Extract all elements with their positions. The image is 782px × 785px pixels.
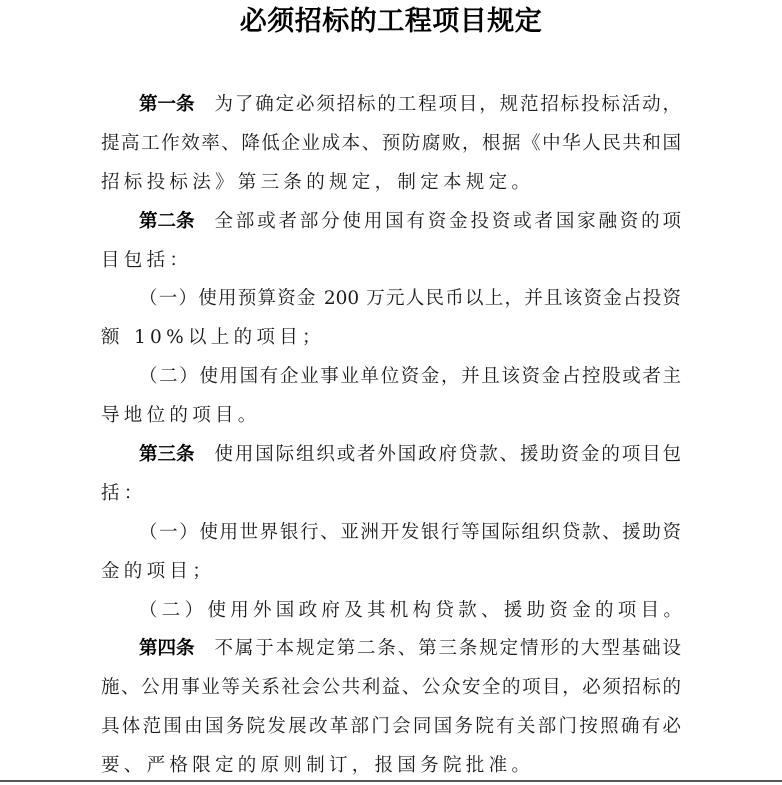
article-2-item-2-line-1: （二）使用国有企业事业单位资金，并且该资金占控股或者主 <box>101 358 681 397</box>
article-2-line-2: 目包括： <box>101 242 681 281</box>
article-2-label: 第二条 <box>139 203 195 242</box>
article-1-line-3: 招标投标法》第三条的规定，制定本规定。 <box>101 164 681 203</box>
article-4-label: 第四条 <box>139 630 195 669</box>
article-3-item-2-text: （二）使用外国政府及其机构贷款、援助资金的项目。 <box>139 592 686 631</box>
article-1-label: 第一条 <box>139 86 195 125</box>
article-3-line-1: 第三条 使用国际组织或者外国政府贷款、援助资金的项目包 <box>101 436 681 475</box>
article-2-item-1-line-1: （一）使用预算资金 200 万元人民币以上，并且该资金占投资 <box>101 280 681 319</box>
article-3-label: 第三条 <box>139 436 195 475</box>
article-3-item-2-line-1: （二）使用外国政府及其机构贷款、援助资金的项目。 <box>101 592 681 631</box>
article-2-item-2-text: （二）使用国有企业事业单位资金，并且该资金占控股或者主 <box>139 358 681 397</box>
article-2-text: 全部或者部分使用国有资金投资或者国家融资的项 <box>215 203 681 242</box>
article-1-line-2: 提高工作效率、降低企业成本、预防腐败，根据《中华人民共和国 <box>101 125 681 164</box>
article-4-text: 施、公用事业等关系社会公共利益、公众安全的项目，必须招标的 <box>101 669 681 708</box>
article-3-item-1-text: （一）使用世界银行、亚洲开发银行等国际组织贷款、援助资 <box>139 514 681 553</box>
article-1-text: 为了确定必须招标的工程项目，规范招标投标活动， <box>215 86 681 125</box>
article-3-item-1-line-1: （一）使用世界银行、亚洲开发银行等国际组织贷款、援助资 <box>101 514 681 553</box>
article-3-item-1-line-2: 金的项目； <box>101 553 681 592</box>
article-4-text: 不属于本规定第二条、第三条规定情形的大型基础设 <box>215 630 681 669</box>
article-4-line-2: 施、公用事业等关系社会公共利益、公众安全的项目，必须招标的 <box>101 669 681 708</box>
article-1-line-1: 第一条 为了确定必须招标的工程项目，规范招标投标活动， <box>101 86 681 125</box>
article-1-text: 提高工作效率、降低企业成本、预防腐败，根据《中华人民共和国 <box>101 125 681 164</box>
document-body: 第一条 为了确定必须招标的工程项目，规范招标投标活动， 提高工作效率、降低企业成… <box>101 86 681 785</box>
article-4-text: 具体范围由国务院发展改革部门会同国务院有关部门按照确有必 <box>101 708 681 747</box>
document-title: 必须招标的工程项目规定 <box>0 3 782 41</box>
article-3-item-1-text: 金的项目； <box>101 553 681 592</box>
article-2-item-2-line-2: 导地位的项目。 <box>101 397 681 436</box>
article-2-line-1: 第二条 全部或者部分使用国有资金投资或者国家融资的项 <box>101 203 681 242</box>
article-3-line-2: 括： <box>101 475 681 514</box>
article-2-item-2-text: 导地位的项目。 <box>101 397 681 436</box>
page-bottom-divider <box>0 780 782 782</box>
document-page: 必须招标的工程项目规定 第一条 为了确定必须招标的工程项目，规范招标投标活动， … <box>0 0 782 785</box>
article-2-item-1-text: 额 10%以上的项目； <box>101 319 681 358</box>
article-1-text: 招标投标法》第三条的规定，制定本规定。 <box>101 164 681 203</box>
article-3-text: 括： <box>101 475 681 514</box>
article-4-line-3: 具体范围由国务院发展改革部门会同国务院有关部门按照确有必 <box>101 708 681 747</box>
article-3-text: 使用国际组织或者外国政府贷款、援助资金的项目包 <box>215 436 681 475</box>
article-4-line-1: 第四条 不属于本规定第二条、第三条规定情形的大型基础设 <box>101 630 681 669</box>
article-2-item-1-text: （一）使用预算资金 200 万元人民币以上，并且该资金占投资 <box>139 280 681 319</box>
article-2-text: 目包括： <box>101 242 681 281</box>
article-2-item-1-line-2: 额 10%以上的项目； <box>101 319 681 358</box>
